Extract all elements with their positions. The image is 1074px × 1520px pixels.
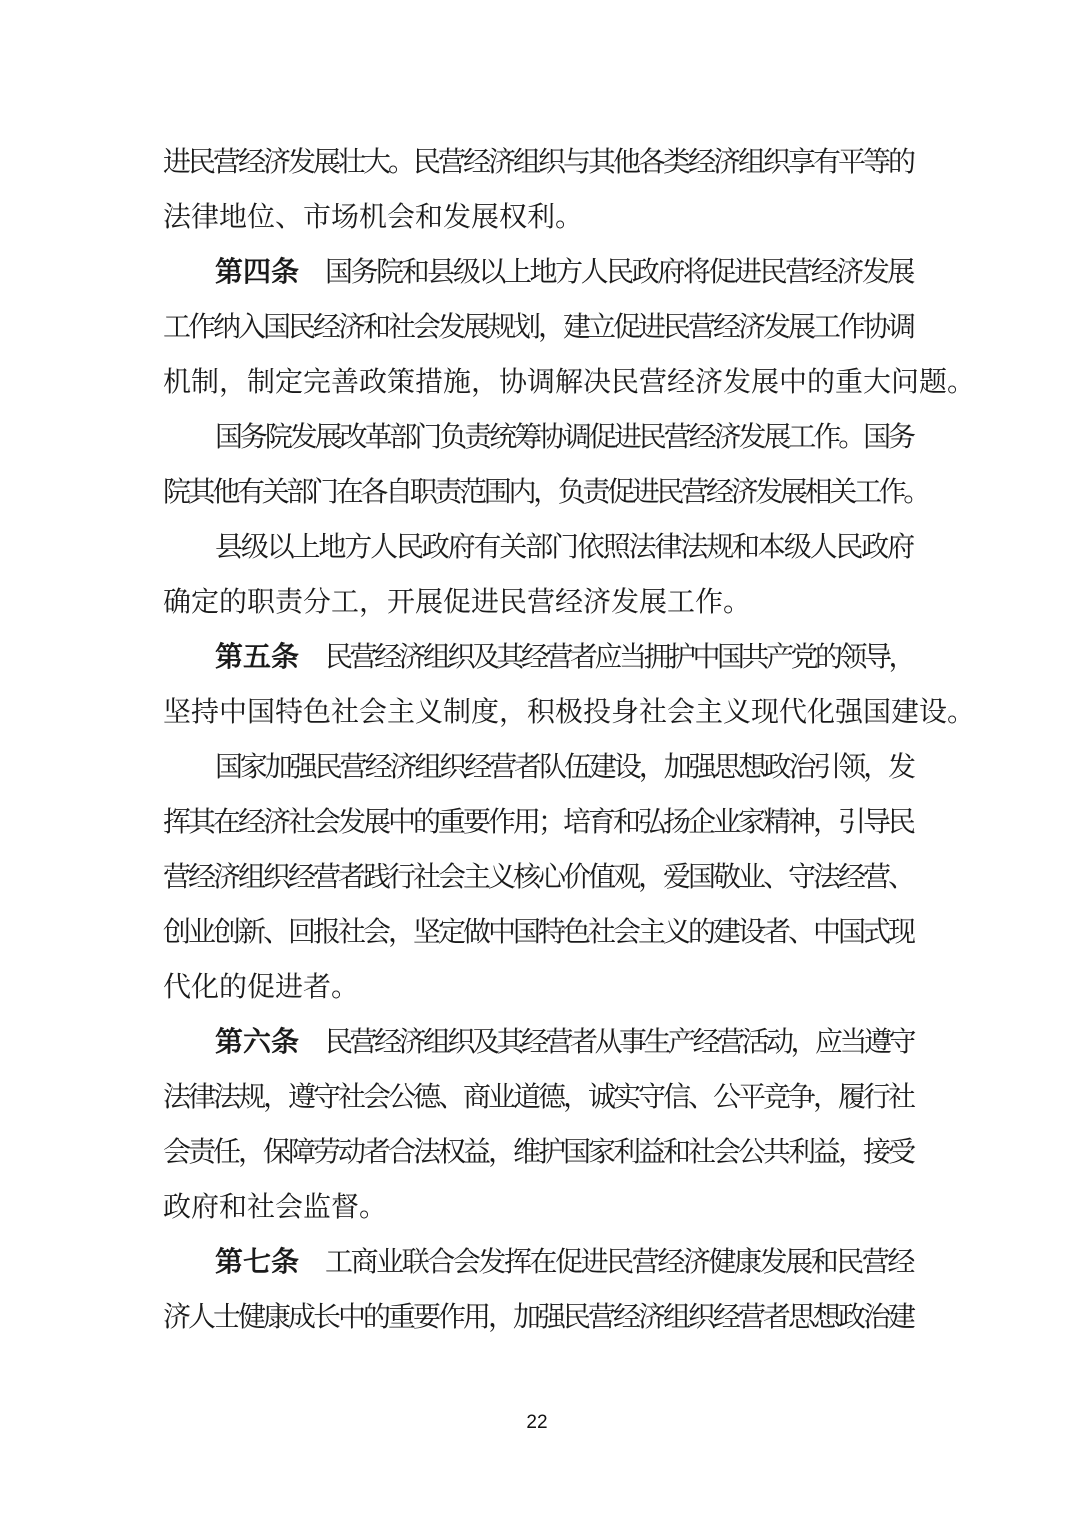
text-line: 会责任，保障劳动者合法权益，维护国家利益和社会公共利益，接受 [163, 1132, 913, 1172]
line-text: 工商业联合会发挥在促进民营经济健康发展和民营经 [325, 1245, 913, 1278]
article-heading: 第四条 [215, 255, 299, 288]
text-line: 济人士健康成长中的重要作用，加强民营经济组织经营者思想政治建 [163, 1297, 913, 1337]
text-line: 代化的促进者。 [163, 967, 913, 1007]
line-text: 济人士健康成长中的重要作用，加强民营经济组织经营者思想政治建 [163, 1300, 913, 1333]
text-line: 第六条民营经济组织及其经营者从事生产经营活动，应当遵守 [215, 1022, 913, 1062]
text-line: 第四条国务院和县级以上地方人民政府将促进民营经济发展 [215, 252, 913, 292]
article-heading: 第七条 [215, 1245, 299, 1278]
article-heading: 第六条 [215, 1025, 299, 1058]
text-line: 法律法规，遵守社会公德、商业道德，诚实守信、公平竞争，履行社 [163, 1077, 913, 1117]
document-page: 进民营经济发展壮大。民营经济组织与其他各类经济组织享有平等的法律地位、市场机会和… [0, 0, 1074, 1520]
line-text: 国务院和县级以上地方人民政府将促进民营经济发展 [325, 255, 913, 288]
line-text: 创业创新、回报社会，坚定做中国特色社会主义的建设者、中国式现 [163, 915, 913, 948]
text-line: 法律地位、市场机会和发展权利。 [163, 197, 913, 237]
text-line: 国家加强民营经济组织经营者队伍建设，加强思想政治引领，发 [215, 747, 913, 787]
line-text: 法律地位、市场机会和发展权利。 [163, 200, 583, 233]
line-text: 进民营经济发展壮大。民营经济组织与其他各类经济组织享有平等的 [163, 145, 913, 178]
page-number: 22 [0, 1412, 1074, 1434]
text-line: 院其他有关部门在各自职责范围内，负责促进民营经济发展相关工作。 [163, 472, 928, 512]
text-line: 营经济组织经营者践行社会主义核心价值观，爱国敬业、守法经营、 [163, 857, 913, 897]
text-line: 工作纳入国民经济和社会发展规划，建立促进民营经济发展工作协调 [163, 307, 913, 347]
text-line: 创业创新、回报社会，坚定做中国特色社会主义的建设者、中国式现 [163, 912, 913, 952]
line-text: 确定的职责分工，开展促进民营经济发展工作。 [163, 585, 751, 618]
text-line: 坚持中国特色社会主义制度，积极投身社会主义现代化强国建设。 [163, 692, 913, 732]
line-text: 院其他有关部门在各自职责范围内，负责促进民营经济发展相关工作。 [163, 475, 928, 508]
article-heading: 第五条 [215, 640, 299, 673]
text-line: 挥其在经济社会发展中的重要作用；培育和弘扬企业家精神，引导民 [163, 802, 913, 842]
line-text: 代化的促进者。 [163, 970, 359, 1003]
line-text: 机制，制定完善政策措施，协调解决民营经济发展中的重大问题。 [163, 365, 975, 398]
line-text: 法律法规，遵守社会公德、商业道德，诚实守信、公平竞争，履行社 [163, 1080, 913, 1113]
text-line: 进民营经济发展壮大。民营经济组织与其他各类经济组织享有平等的 [163, 142, 913, 182]
line-text: 民营经济组织及其经营者应当拥护中国共产党的领导， [325, 640, 913, 673]
text-line: 国务院发展改革部门负责统筹协调促进民营经济发展工作。国务 [215, 417, 913, 457]
line-text: 国务院发展改革部门负责统筹协调促进民营经济发展工作。国务 [215, 420, 913, 453]
text-line: 第七条工商业联合会发挥在促进民营经济健康发展和民营经 [215, 1242, 913, 1282]
text-line: 机制，制定完善政策措施，协调解决民营经济发展中的重大问题。 [163, 362, 913, 402]
text-line: 第五条民营经济组织及其经营者应当拥护中国共产党的领导， [215, 637, 913, 677]
line-text: 会责任，保障劳动者合法权益，维护国家利益和社会公共利益，接受 [163, 1135, 913, 1168]
line-text: 坚持中国特色社会主义制度，积极投身社会主义现代化强国建设。 [163, 695, 975, 728]
line-text: 政府和社会监督。 [163, 1190, 387, 1223]
line-text: 民营经济组织及其经营者从事生产经营活动，应当遵守 [325, 1025, 913, 1058]
line-text: 国家加强民营经济组织经营者队伍建设，加强思想政治引领，发 [215, 750, 913, 783]
line-text: 挥其在经济社会发展中的重要作用；培育和弘扬企业家精神，引导民 [163, 805, 913, 838]
text-line: 县级以上地方人民政府有关部门依照法律法规和本级人民政府 [215, 527, 913, 567]
text-line: 政府和社会监督。 [163, 1187, 913, 1227]
line-text: 工作纳入国民经济和社会发展规划，建立促进民营经济发展工作协调 [163, 310, 913, 343]
line-text: 营经济组织经营者践行社会主义核心价值观，爱国敬业、守法经营、 [163, 860, 913, 893]
line-text: 县级以上地方人民政府有关部门依照法律法规和本级人民政府 [215, 530, 913, 563]
text-line: 确定的职责分工，开展促进民营经济发展工作。 [163, 582, 913, 622]
